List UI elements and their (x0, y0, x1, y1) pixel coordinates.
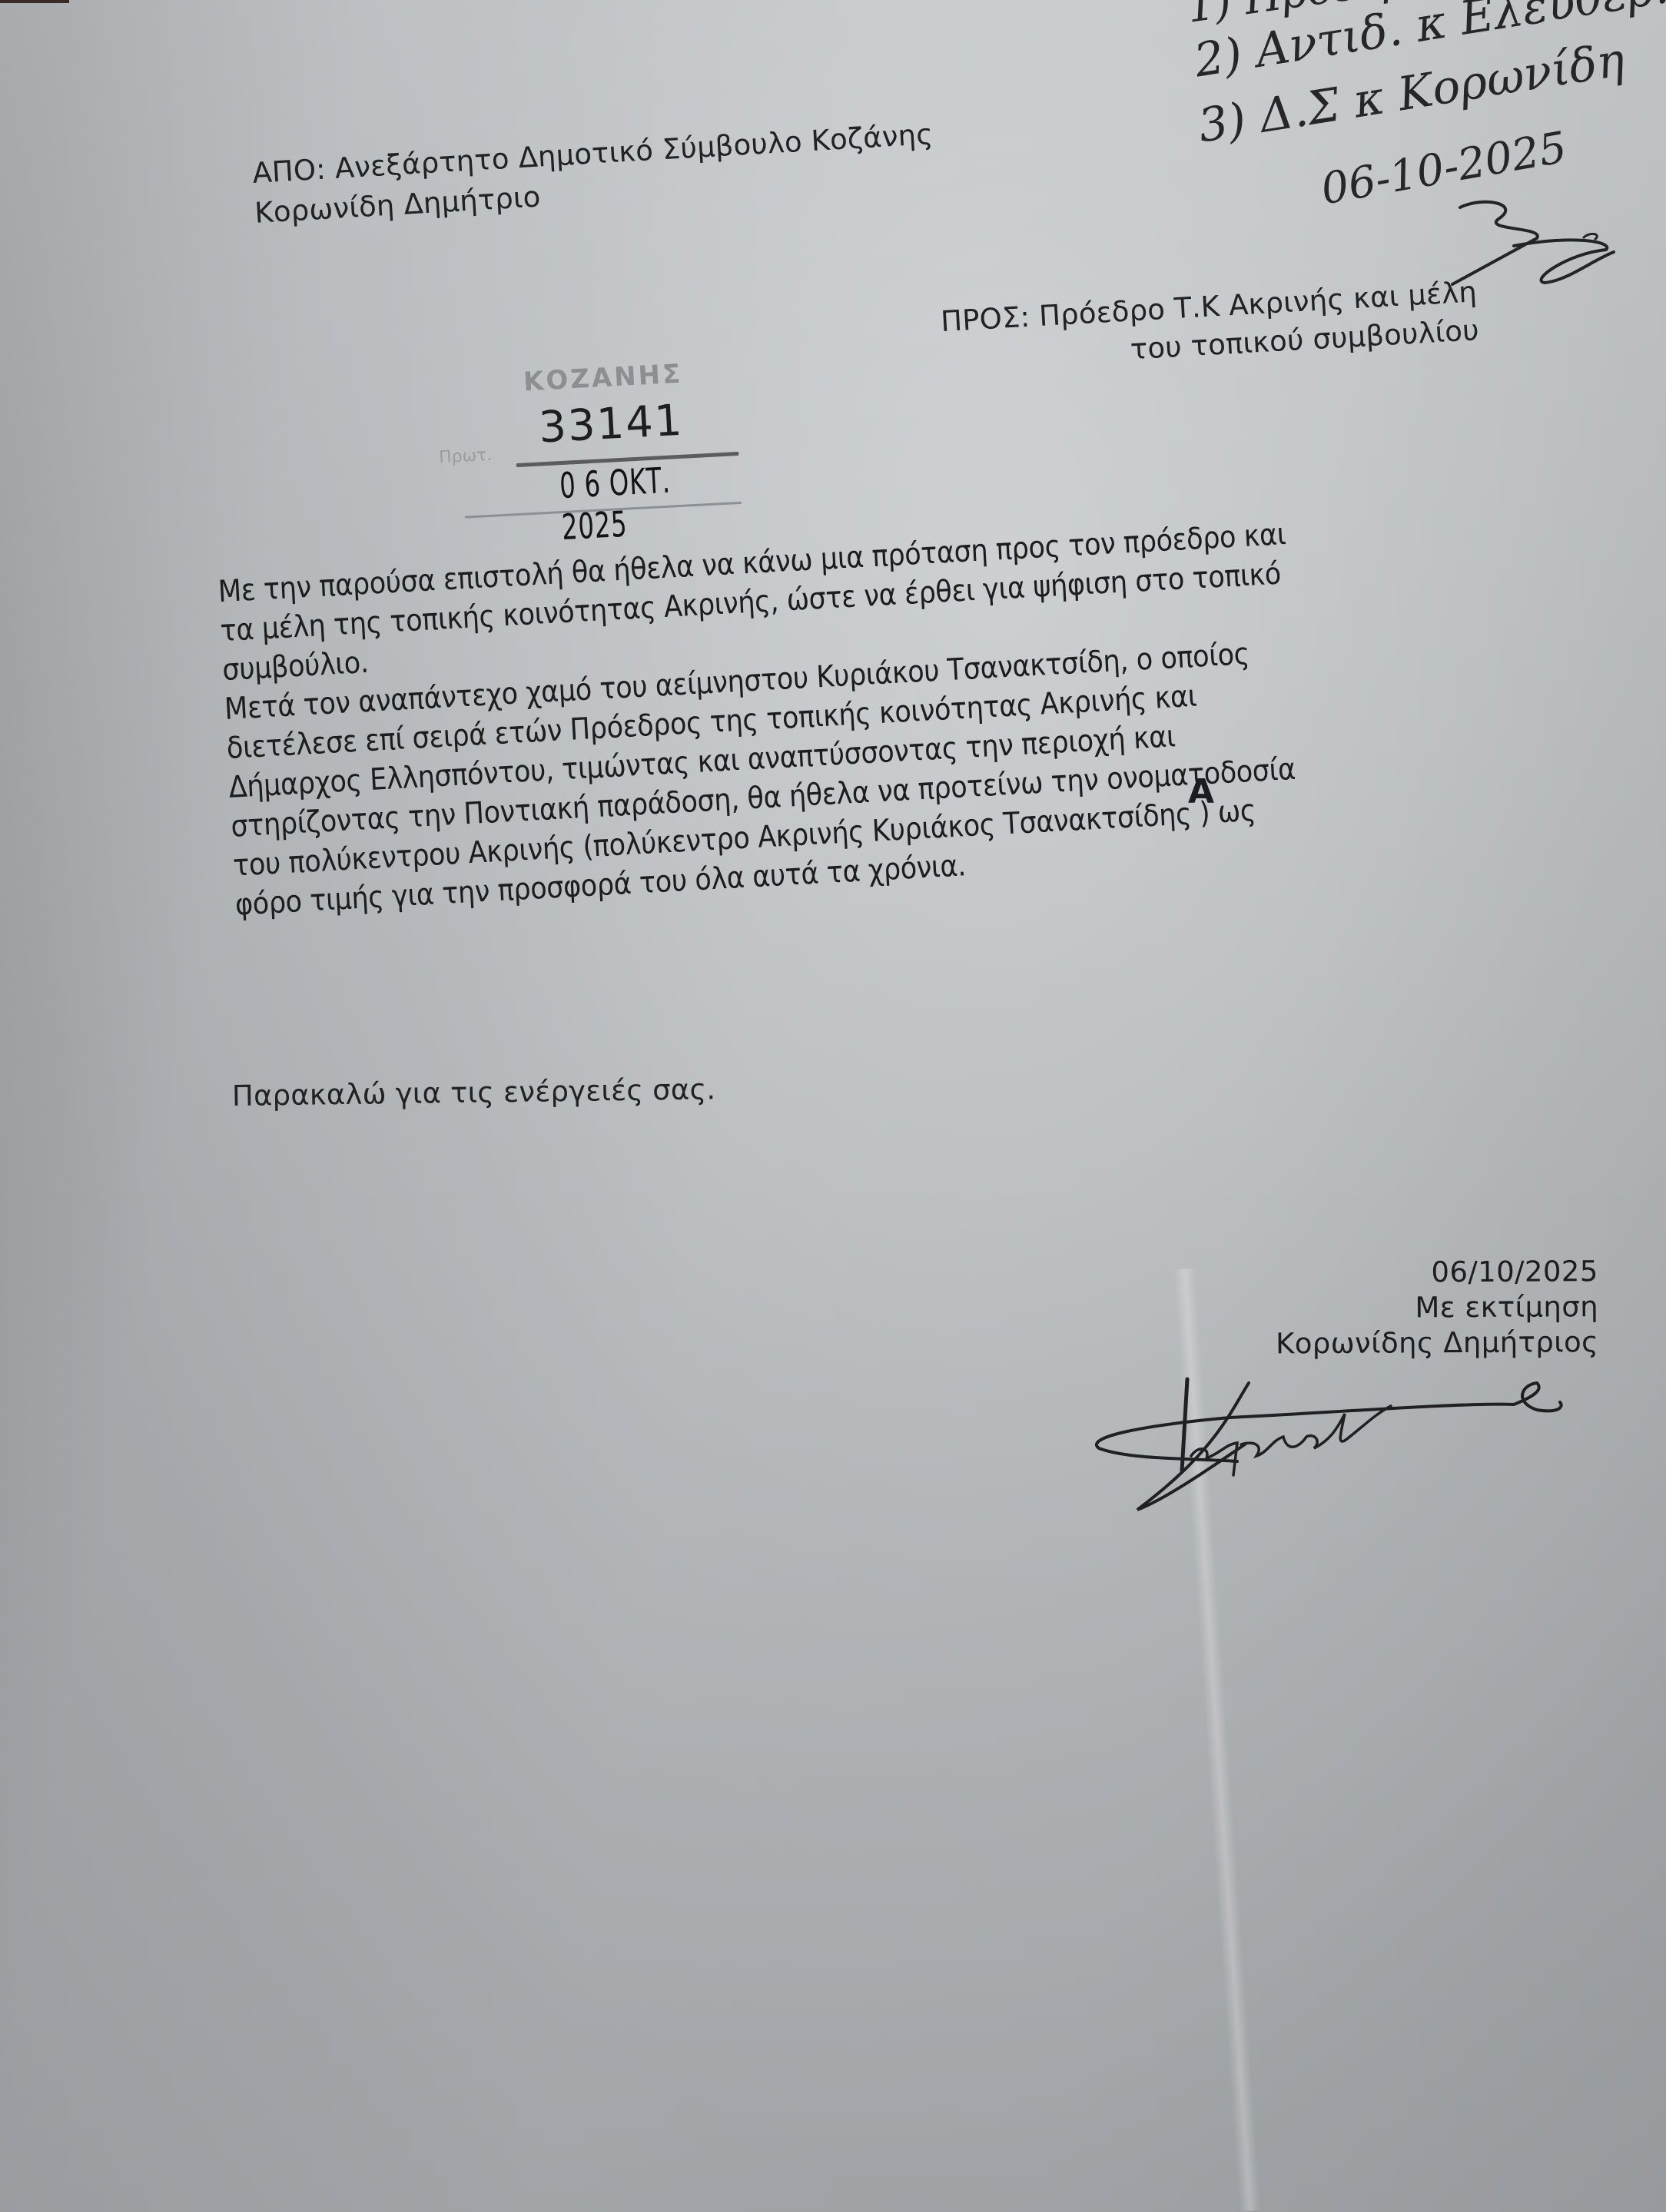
signature-block: 06/10/2025 Με εκτίμηση Κορωνίδης Δημήτρι… (1176, 1254, 1599, 1362)
stamp-label: Πρωτ. (438, 446, 492, 468)
letter-body: Με την παρούσα επιστολή θα ήθελα να κάνω… (217, 515, 1304, 925)
protocol-number: 33141 (538, 396, 685, 453)
signature-icon (1084, 1368, 1575, 1521)
signature-salutation: Με εκτίμηση (1176, 1289, 1598, 1327)
registry-stamp: ΚΟΖΑΝΗΣ Πρωτ. 33141 0 6 ΟΚΤ. 2025 (357, 340, 765, 537)
stamp-header: ΚΟΖΑΝΗΣ (523, 359, 683, 398)
signature-name: Κορωνίδης Δημήτριος (1176, 1325, 1598, 1362)
signature-date: 06/10/2025 (1176, 1254, 1598, 1292)
desk-edge (0, 0, 69, 3)
handwritten-correction: Α (1188, 772, 1214, 811)
closing-line: Παρακαλώ για τις ενέργειές σας. (232, 1073, 716, 1113)
stamp-date: 0 6 ΟΚΤ. 2025 (559, 456, 722, 548)
